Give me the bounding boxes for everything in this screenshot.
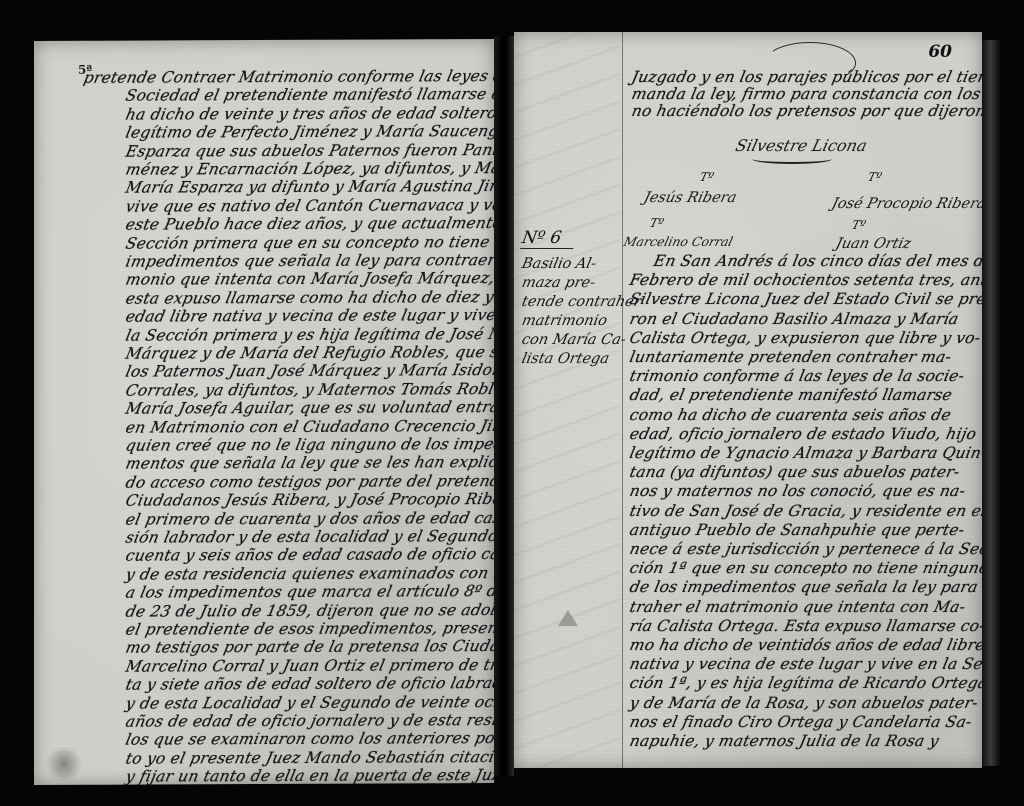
handwritten-line: y de esta residencia quienes examinados …: [124, 564, 494, 584]
ink-smudge: [44, 747, 84, 781]
handwritten-line: tivo de San José de Gracia, y residente …: [628, 502, 982, 520]
handwritten-line: nos y maternos no los conoció, que es na…: [628, 482, 967, 500]
handwritten-line: ron el Ciudadano Basilio Almaza y María: [628, 310, 960, 328]
handwritten-line: María Esparza ya difunto y María Agustin…: [124, 177, 494, 197]
page-number: 60: [928, 42, 952, 62]
handwritten-line: nos el finado Ciro Ortega y Candelaria S…: [628, 713, 973, 731]
handwritten-line: vive que es nativo del Cantón Cuernavaca…: [124, 195, 494, 215]
handwritten-line: Sección primera que en su concepto no ti…: [124, 232, 494, 252]
margin-note-line: tende contraher: [520, 294, 627, 310]
witness-label-1: Tº: [698, 170, 715, 184]
handwritten-line: tana (ya difuntos) que sus abuelos pater…: [628, 463, 961, 481]
handwritten-line: Febrero de mil ochocientos setenta tres,…: [628, 271, 982, 289]
handwritten-line: monio que intenta con María Josefa Márqu…: [124, 269, 494, 289]
handwritten-line: en Matrimonio con el Ciudadano Crecencio…: [124, 416, 494, 436]
stamp-mark: [558, 610, 578, 626]
left-page: 5ª pretende Contraer Matrimonio conforme…: [34, 39, 494, 785]
handwritten-line: Márquez y de María del Refugio Robles, q…: [124, 343, 494, 363]
handwritten-line: mentos que señala la ley que se les han …: [124, 453, 494, 473]
signature-witness-1: Jesús Ribera: [642, 190, 738, 206]
handwritten-line: nativa y vecina de este lugar y vive en …: [628, 655, 982, 673]
witness-label-3: Tº: [648, 216, 665, 230]
handwritten-line: los que se examinaron como los anteriore…: [124, 729, 494, 749]
handwritten-line: ta y siete años de edad soltero de ofici…: [124, 674, 494, 694]
handwritten-line: sión labrador y de esta localidad y el S…: [124, 527, 494, 547]
handwritten-line: edad, oficio jornalero de estado Viudo, …: [628, 425, 978, 443]
handwritten-line: nece á este jurisdicción y pertenece á l…: [628, 540, 982, 558]
handwritten-line: traher el matrimonio que intenta con Ma-: [628, 598, 967, 616]
handwritten-line: to yo el presente Juez Mando Sebastián c…: [124, 748, 494, 768]
handwritten-line: y de esta Localidad y el Segundo de vein…: [124, 692, 494, 712]
left-page-text: pretende Contraer Matrimonio conforme la…: [34, 39, 494, 41]
handwritten-line: trimonio conforme á las leyes de la soci…: [628, 367, 966, 385]
handwritten-line: de 23 de Julio de 1859, dijeron que no s…: [124, 600, 494, 620]
handwritten-line: esta expuso llamarse como ha dicho de di…: [124, 287, 494, 307]
handwritten-line: do acceso como testigos por parte del pr…: [124, 471, 494, 491]
handwritten-line: este Pueblo hace diez años, y que actual…: [124, 214, 494, 234]
handwritten-line: María Josefa Aguilar, que es su voluntad…: [124, 398, 494, 418]
handwritten-line: el primero de cuarenta y dos años de eda…: [124, 508, 494, 528]
handwritten-line: ción 1ª, y es hija legítima de Ricardo O…: [628, 674, 982, 692]
handwritten-line: napuhie, y maternos Julia de la Rosa y: [628, 732, 940, 750]
margin-note-line: matrimonio: [520, 313, 627, 329]
signature-witness-3: Marcelino Corral: [622, 234, 734, 249]
margin-rule: [622, 32, 623, 768]
handwritten-line: antiguo Pueblo de Sanahpuhie que perte-: [628, 521, 966, 539]
handwritten-line: Silvestre Licona Juez del Estado Civil s…: [628, 290, 982, 308]
handwritten-line: años de edad de oficio jornalero y de es…: [124, 711, 494, 731]
handwritten-line: legítimo de Perfecto Jiménez y María Sau…: [124, 122, 494, 142]
handwritten-line: de los impedimentos que señala la ley pa…: [628, 578, 982, 596]
handwritten-line: pretende Contraer Matrimonio conforme la…: [82, 67, 494, 87]
handwritten-line: mo testigos por parte de la pretensa los…: [124, 637, 494, 657]
margin-note-line: Basilio Al-: [520, 256, 627, 272]
handwritten-line: ménez y Encarnación López, ya difuntos, …: [124, 159, 494, 179]
handwritten-line: no haciéndolo los pretensos por que dije…: [630, 102, 982, 120]
margin-note-line: maza pre-: [520, 275, 627, 291]
handwritten-line: y fijar un tanto de ella en la puerta de…: [124, 766, 494, 785]
signature-witness-2: José Procopio Ribera: [830, 196, 982, 212]
handwritten-line: Sociedad el pretendiente manifestó llama…: [124, 85, 494, 105]
handwritten-line: y de María de la Rosa, y son abuelos pat…: [628, 694, 980, 712]
handwritten-line: los Paternos Juan José Márquez y María I…: [124, 361, 494, 381]
handwritten-line: quien creé que no le liga ninguno de los…: [124, 435, 494, 455]
handwritten-line: Juzgado y en los parajes públicos por el…: [630, 68, 982, 86]
handwritten-line: Corrales, ya difuntos, y Maternos Tomás …: [124, 380, 494, 400]
handwritten-line: el pretendiente de esos impedimentos, pr…: [124, 619, 494, 639]
handwritten-line: edad libre nativa y vecina de este lugar…: [124, 306, 494, 326]
handwritten-line: luntariamente pretenden contraher ma-: [628, 348, 953, 366]
book-spine: [494, 36, 514, 776]
margin-note-line: con María Ca-: [520, 332, 627, 348]
right-page: 60 Juzgado y en los parajes públicos por…: [514, 32, 982, 768]
handwritten-line: mo ha dicho de veintidós años de edad li…: [628, 636, 982, 654]
handwritten-line: ha dicho de veinte y tres años de edad s…: [124, 104, 494, 124]
handwritten-line: Marcelino Corral y Juan Ortiz el primero…: [124, 656, 494, 676]
handwritten-line: como ha dicho de cuarenta seis años de: [628, 406, 953, 424]
margin-note-line: lista Ortega: [520, 351, 627, 367]
witness-label-2: Tº: [866, 170, 883, 184]
signature-judge: Silvestre Licona: [734, 136, 869, 155]
handwritten-line: ción 1ª que en su concepto no tiene ning…: [628, 559, 982, 577]
handwritten-line: Calista Ortega, y expusieron que libre y…: [628, 329, 982, 347]
handwritten-line: manda la ley, firmo para constancia con …: [630, 85, 982, 103]
page-edge: [982, 40, 1000, 766]
handwritten-line: dad, el pretendiente manifestó llamarse: [628, 386, 954, 404]
handwritten-line: En San Andrés á los cinco días del mes d…: [652, 252, 982, 270]
bleed-through: [514, 32, 620, 768]
handwritten-line: a los impedimentos que marca el artículo…: [124, 582, 494, 602]
witness-label-4: Tº: [850, 218, 867, 232]
handwritten-line: legítimo de Ygnacio Almaza y Barbara Qui…: [628, 444, 982, 462]
handwritten-line: la Sección primera y es hija legítima de…: [124, 324, 494, 344]
signature-witness-4: Juan Ortiz: [834, 236, 913, 252]
handwritten-line: Esparza que sus abuelos Paternos fueron …: [124, 140, 494, 160]
handwritten-line: ría Calista Ortega. Esta expuso llamarse…: [628, 617, 982, 635]
signature-flourish: [752, 154, 832, 164]
handwritten-line: Ciudadanos Jesús Ribera, y José Procopio…: [124, 490, 494, 510]
handwritten-line: cuenta y seis años de edad casado de ofi…: [124, 545, 494, 565]
entry-number: Nº 6: [520, 228, 577, 249]
handwritten-line: impedimentos que señala la ley para cont…: [124, 251, 494, 271]
